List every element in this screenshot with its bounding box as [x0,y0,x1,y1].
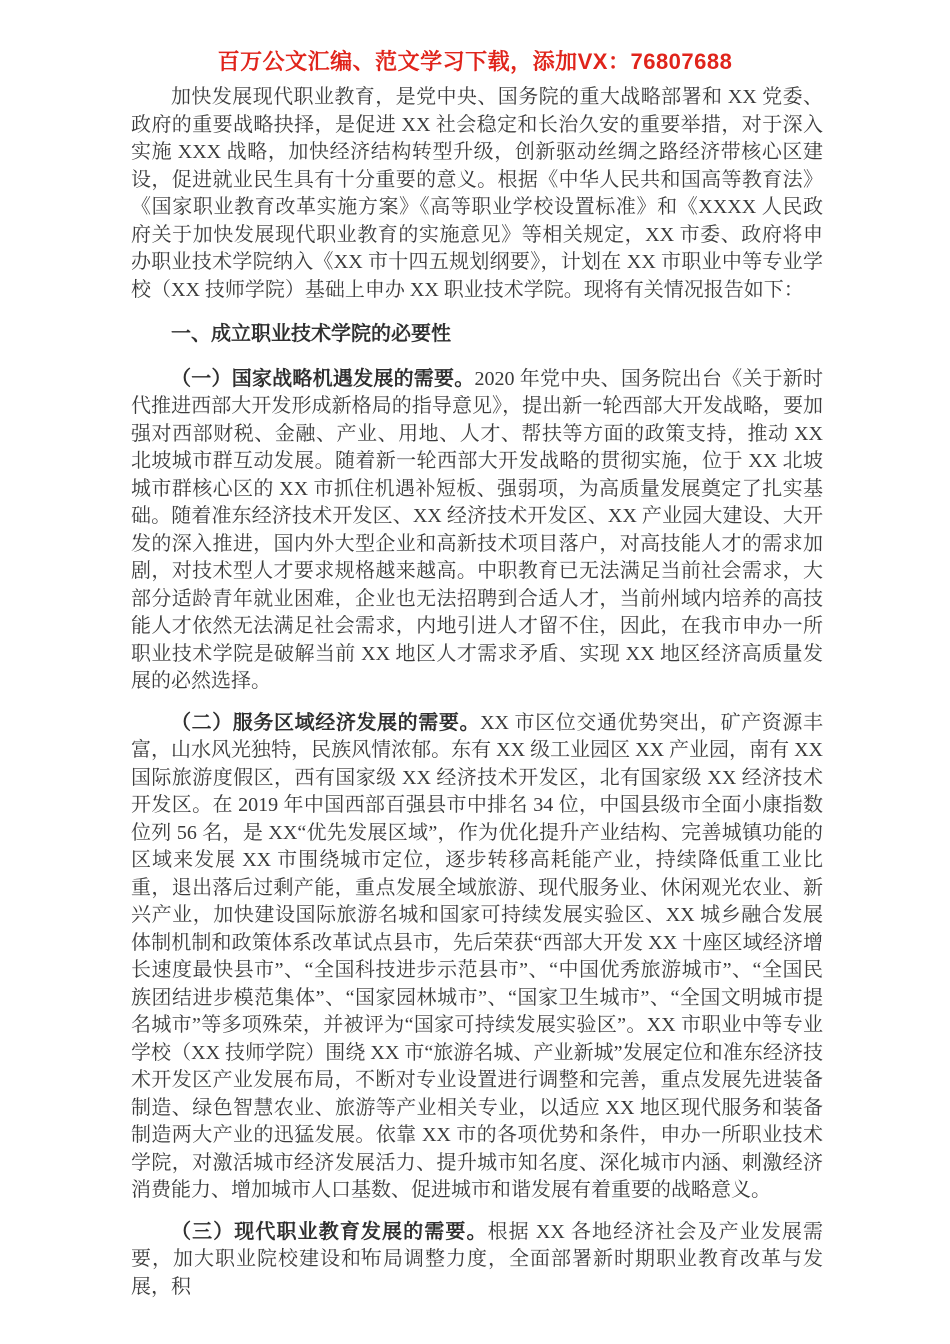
document-body: 加快发展现代职业教育，是党中央、国务院的重大战略部署和 XX 党委、政府的重要战… [131,84,823,1315]
subsection-1-lead: （一）国家战略机遇发展的需要。 [171,368,475,390]
subsection-paragraph-2: （二）服务区域经济发展的需要。XX 市区位交通优势突出，矿产资源丰富，山水风光独… [131,710,823,1205]
document-page: 百万公文汇编、范文学习下载，添加VX：76807688 加快发展现代职业教育，是… [0,0,950,1344]
header-notice: 百万公文汇编、范文学习下载，添加VX：76807688 [0,45,950,76]
intro-paragraph: 加快发展现代职业教育，是党中央、国务院的重大战略部署和 XX 党委、政府的重要战… [131,84,823,304]
subsection-2-body: XX 市区位交通优势突出，矿产资源丰富，山水风光独特，民族风情浓郁。东有 XX … [131,712,823,1202]
section-heading: 一、成立职业技术学院的必要性 [131,321,823,349]
subsection-1-body: 2020 年党中央、国务院出台《关于新时代推进西部大开发形成新格局的指导意见》，… [131,368,823,693]
subsection-2-lead: （二）服务区域经济发展的需要。 [171,712,480,734]
subsection-3-lead: （三）现代职业教育发展的需要。 [171,1221,488,1243]
subsection-paragraph-3: （三）现代职业教育发展的需要。根据 XX 各地经济社会及产业发展需要，加大职业院… [131,1219,823,1302]
subsection-paragraph-1: （一）国家战略机遇发展的需要。2020 年党中央、国务院出台《关于新时代推进西部… [131,366,823,696]
page-number: 1 [352,1244,376,1264]
